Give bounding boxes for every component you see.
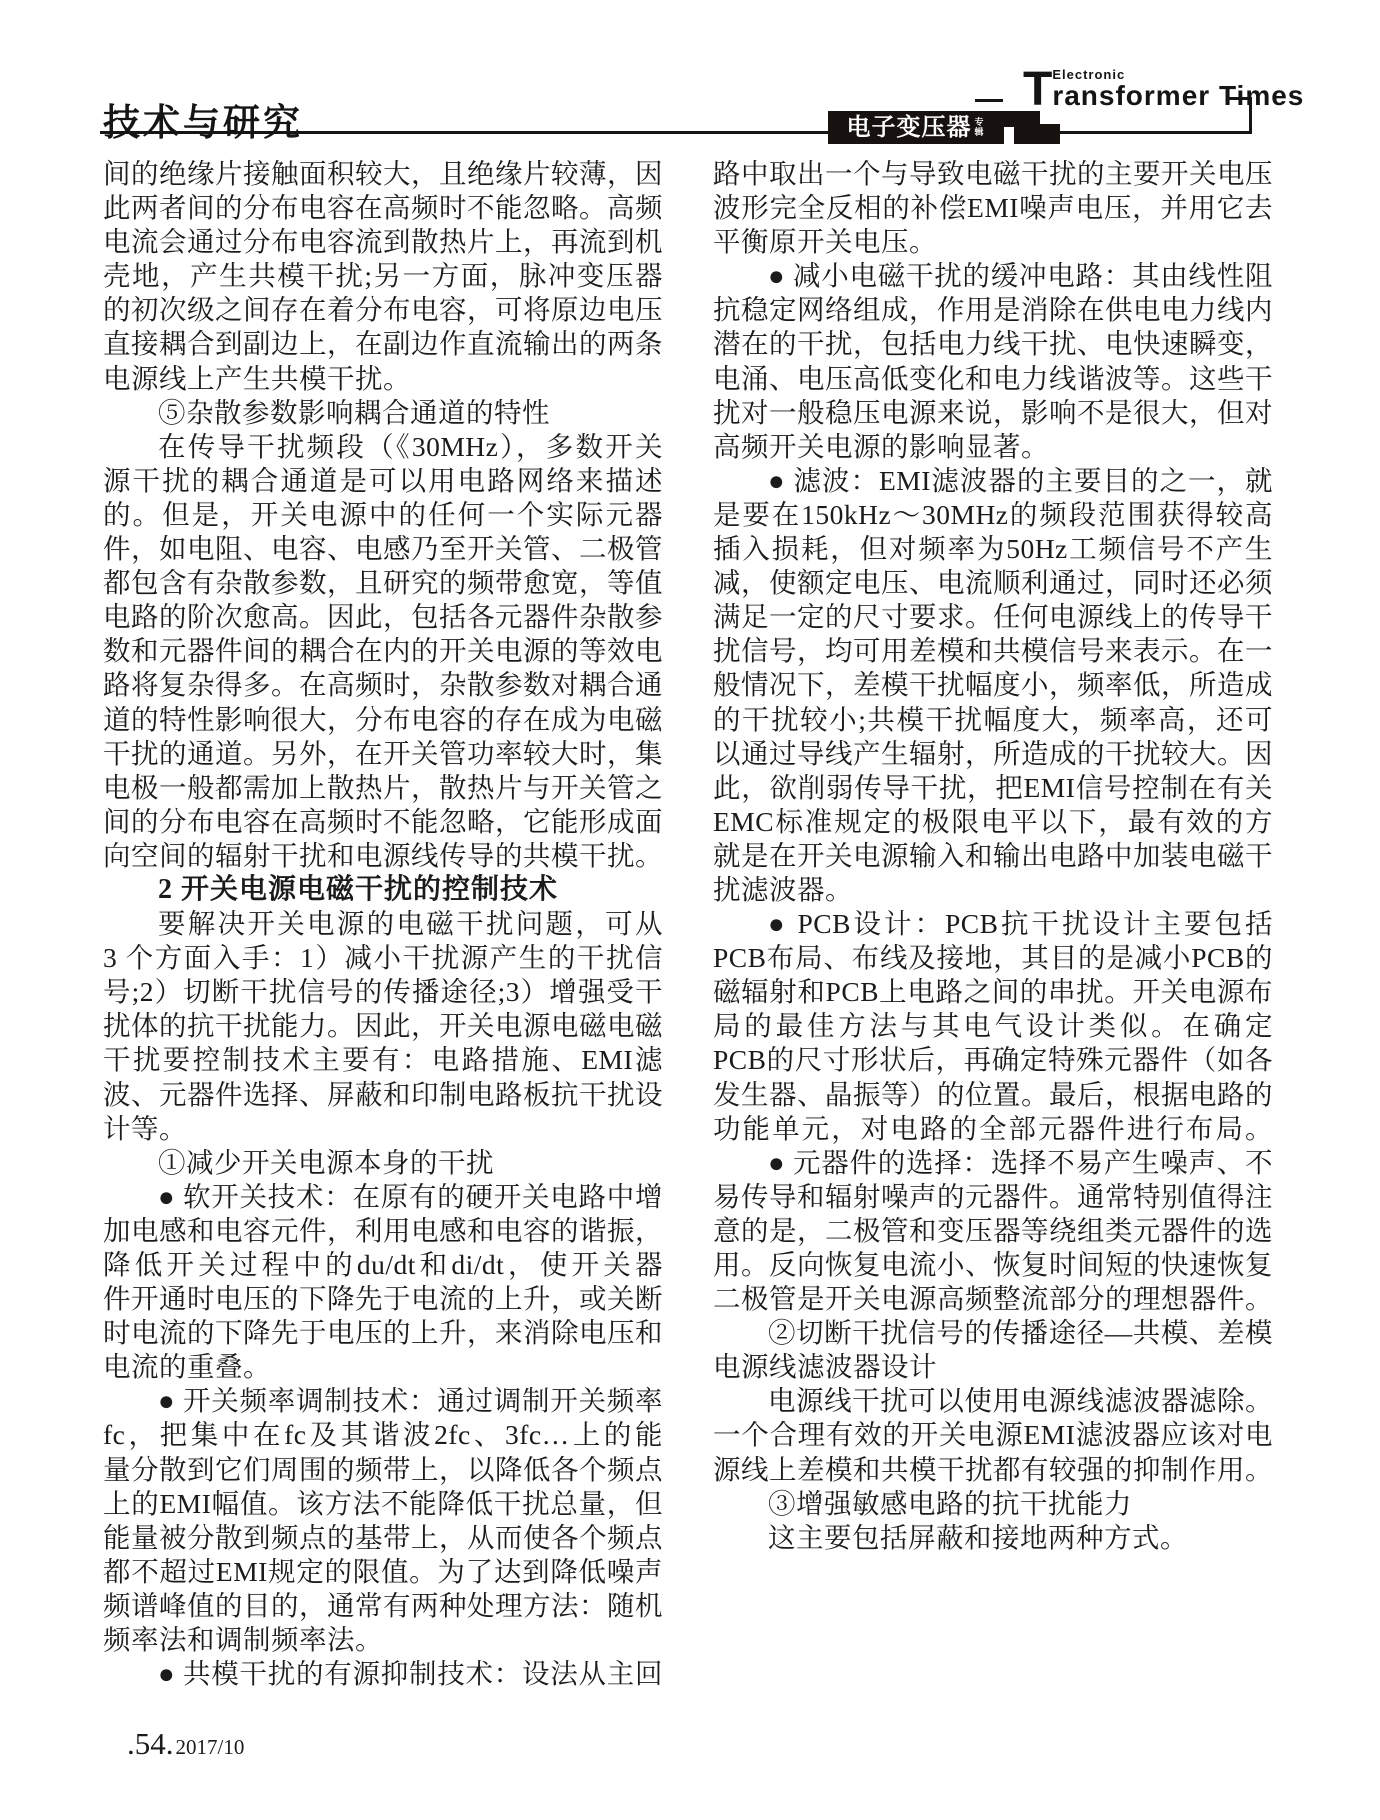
text-line: 电极一般都需加上散热片，散热片与开关管之 — [103, 771, 663, 805]
page-number: .54. — [127, 1726, 174, 1761]
article-right-column: 路中取出一个与导致电磁干扰的主要开关电压波形完全反相的补偿EMI噪声电压，并用它… — [713, 157, 1273, 1555]
text-line: ● 元器件的选择：选择不易产生噪声、不 — [713, 1146, 1273, 1180]
text-line: ● 减小电磁干扰的缓冲电路：其由线性阻 — [713, 259, 1273, 293]
text-line: ● 软开关技术：在原有的硬开关电路中增 — [103, 1180, 663, 1214]
text-line: 电路的阶次愈高。因此，包括各元器件杂散参 — [103, 600, 663, 634]
text-line: 磁辐射和PCB上电路之间的串扰。开关电源布 — [713, 975, 1273, 1009]
text-line: 易传导和辐射噪声的元器件。通常特别值得注 — [713, 1180, 1273, 1214]
text-line: 一个合理有效的开关电源EMI滤波器应该对电 — [713, 1418, 1273, 1452]
text-line: 此两者间的分布电容在高频时不能忽略。高频 — [103, 191, 663, 225]
text-line: 2 开关电源电磁干扰的控制技术 — [103, 873, 663, 907]
text-line: 时电流的下降先于电压的上升，来消除电压和 — [103, 1316, 663, 1350]
text-line: 用。反向恢复电流小、恢复时间短的快速恢复 — [713, 1248, 1273, 1282]
text-line: PCB的尺寸形状后，再确定特殊元器件（如各种 — [713, 1043, 1273, 1077]
text-line: 平衡原开关电压。 — [713, 225, 1273, 259]
text-line: 在传导干扰频段（《30MHz），多数开关电 — [103, 430, 663, 464]
text-line: 二极管是开关电源高频整流部分的理想器件。 — [713, 1282, 1273, 1316]
page-footer: .54.2017/10 — [127, 1726, 244, 1762]
text-line: 源干扰的耦合通道是可以用电路网络来描述 — [103, 464, 663, 498]
logo-initial: T — [1023, 70, 1052, 110]
text-line: 发生器、晶振等）的位置。最后，根据电路的 — [713, 1078, 1273, 1112]
text-line: 能量被分散到频点的基带上，从而使各个频点 — [103, 1521, 663, 1555]
text-line: 般情况下，差模干扰幅度小，频率低，所造成 — [713, 668, 1273, 702]
text-line: ● 开关频率调制技术：通过调制开关频率 — [103, 1384, 663, 1418]
text-line: 电源线干扰可以使用电源线滤波器滤除。 — [713, 1384, 1273, 1418]
text-line: 减，使额定电压、电流顺利通过，同时还必须 — [713, 566, 1273, 600]
text-line: 功能单元，对电路的全部元器件进行布局。 — [713, 1112, 1273, 1146]
text-line: 电源线上产生共模干扰。 — [103, 362, 663, 396]
brand-block: 电子变压器 专辑 — [828, 111, 1004, 144]
text-line: 意的是，二极管和变压器等绕组类元器件的选 — [713, 1214, 1273, 1248]
text-line: 是要在150kHz～30MHz的频段范围获得较高的 — [713, 498, 1273, 532]
logo-dash-left — [975, 99, 1003, 102]
text-line: ①减少开关电源本身的干扰 — [103, 1146, 663, 1180]
text-line: 计等。 — [103, 1112, 663, 1146]
magazine-logo: TElectronicransformer Times — [1023, 68, 1304, 110]
text-line: 加电感和电容元件，利用电感和电容的谐振， — [103, 1214, 663, 1248]
text-line: 频谱峰值的目的，通常有两种处理方法：随机 — [103, 1589, 663, 1623]
text-line: ● 滤波：EMI滤波器的主要目的之一，就 — [713, 464, 1273, 498]
text-line: 件，如电阻、电容、电感乃至开关管、二极管 — [103, 532, 663, 566]
text-line: 这主要包括屏蔽和接地两种方式。 — [713, 1521, 1273, 1555]
text-line: 间的绝缘片接触面积较大，且绝缘片较薄，因 — [103, 157, 663, 191]
text-line: 的干扰较小;共模干扰幅度大，频率高，还可 — [713, 703, 1273, 737]
brand-block-title: 电子变压器 — [847, 116, 972, 140]
text-line: 就是在开关电源输入和输出电路中加装电磁干 — [713, 839, 1273, 873]
text-line: ● PCB设计：PCB抗干扰设计主要包括 — [713, 907, 1273, 941]
text-line: 电流会通过分布电容流到散热片上，再流到机 — [103, 225, 663, 259]
text-line: 扰滤波器。 — [713, 873, 1273, 907]
text-line: PCB布局、布线及接地，其目的是减小PCB的电 — [713, 941, 1273, 975]
text-line: 的。但是，开关电源中的任何一个实际元器 — [103, 498, 663, 532]
section-title: 技术与研究 — [103, 92, 303, 146]
text-line: 电流的重叠。 — [103, 1350, 663, 1384]
text-line: 局的最佳方法与其电气设计类似。在确定 — [713, 1009, 1273, 1043]
text-line: 干扰要控制技术主要有：电路措施、EMI滤 — [103, 1043, 663, 1077]
text-line: 电源线滤波器设计 — [713, 1350, 1273, 1384]
text-line: 扰对一般稳压电源来说，影响不是很大，但对 — [713, 396, 1273, 430]
header-rule-right — [1058, 131, 1252, 134]
text-line: 源线上差模和共模干扰都有较强的抑制作用。 — [713, 1453, 1273, 1487]
text-line: 向空间的辐射干扰和电源线传导的共模干扰。 — [103, 839, 663, 873]
logo-english-main: ransformer Times — [1052, 82, 1304, 110]
text-line: 直接耦合到副边上，在副边作直流输出的两条 — [103, 327, 663, 361]
text-line: 电涌、电压高低变化和电力线谐波等。这些干 — [713, 362, 1273, 396]
text-line: 壳地，产生共模干扰;另一方面，脉冲变压器 — [103, 259, 663, 293]
text-line: 上的EMI幅值。该方法不能降低干扰总量，但 — [103, 1487, 663, 1521]
text-line: 路中取出一个与导致电磁干扰的主要开关电压 — [713, 157, 1273, 191]
text-line: 件开通时电压的下降先于电流的上升，或关断 — [103, 1282, 663, 1316]
issue-date: 2017/10 — [176, 1735, 245, 1759]
article-left-column: 间的绝缘片接触面积较大，且绝缘片较薄，因此两者间的分布电容在高频时不能忽略。高频… — [103, 157, 663, 1691]
text-line: 路将复杂得多。在高频时，杂散参数对耦合通 — [103, 668, 663, 702]
text-line: 的初次级之间存在着分布电容，可将原边电压 — [103, 293, 663, 327]
text-line: 高频开关电源的影响显著。 — [713, 430, 1273, 464]
text-line: ⑤杂散参数影响耦合通道的特性 — [103, 396, 663, 430]
header-rule-left — [100, 131, 830, 134]
text-line: 都不超过EMI规定的限值。为了达到降低噪声 — [103, 1555, 663, 1589]
text-line: ②切断干扰信号的传播途径—共模、差模 — [713, 1316, 1273, 1350]
text-line: fc，把集中在fc及其谐波2fc、3fc…上的能 — [103, 1418, 663, 1452]
text-line: 频率法和调制频率法。 — [103, 1623, 663, 1657]
text-line: 间的分布电容在高频时不能忽略，它能形成面 — [103, 805, 663, 839]
text-line: 扰体的抗干扰能力。因此，开关电源电磁电磁 — [103, 1009, 663, 1043]
text-line: 要解决开关电源的电磁干扰问题，可从 — [103, 907, 663, 941]
text-line: 插入损耗，但对频率为50Hz工频信号不产生衰 — [713, 532, 1273, 566]
text-line: 号;2）切断干扰信号的传播途径;3）增强受干 — [103, 975, 663, 1009]
text-line: 波形完全反相的补偿EMI噪声电压，并用它去 — [713, 191, 1273, 225]
brand-block-subtitle: 专辑 — [975, 118, 986, 137]
text-line: 都包含有杂散参数，且研究的频带愈宽，等值 — [103, 566, 663, 600]
text-line: 波、元器件选择、屏蔽和印制电路板抗干扰设 — [103, 1078, 663, 1112]
text-line: 满足一定的尺寸要求。任何电源线上的传导干 — [713, 600, 1273, 634]
text-line: 潜在的干扰，包括电力线干扰、电快速瞬变， — [713, 327, 1273, 361]
text-line: ③增强敏感电路的抗干扰能力 — [713, 1487, 1273, 1521]
text-line: 抗稳定网络组成，作用是消除在供电电力线内 — [713, 293, 1273, 327]
text-line: 降低开关过程中的du/dt和di/dt，使开关器 — [103, 1248, 663, 1282]
text-line: ● 共模干扰的有源抑制技术：设法从主回 — [103, 1657, 663, 1691]
text-line: 扰信号，均可用差模和共模信号来表示。在一 — [713, 634, 1273, 668]
brand-block-step — [1014, 124, 1060, 144]
text-line: 数和元器件间的耦合在内的开关电源的等效电 — [103, 634, 663, 668]
text-line: 3 个方面入手：1）减小干扰源产生的干扰信 — [103, 941, 663, 975]
text-line: 道的特性影响很大，分布电容的存在成为电磁 — [103, 703, 663, 737]
text-line: 以通过导线产生辐射，所造成的干扰较大。因 — [713, 737, 1273, 771]
text-line: 此，欲削弱传导干扰，把EMI信号控制在有关 — [713, 771, 1273, 805]
text-line: 干扰的通道。另外，在开关管功率较大时，集 — [103, 737, 663, 771]
text-line: 量分散到它们周围的频带上，以降低各个频点 — [103, 1453, 663, 1487]
text-line: EMC标准规定的极限电平以下，最有效的方法 — [713, 805, 1273, 839]
